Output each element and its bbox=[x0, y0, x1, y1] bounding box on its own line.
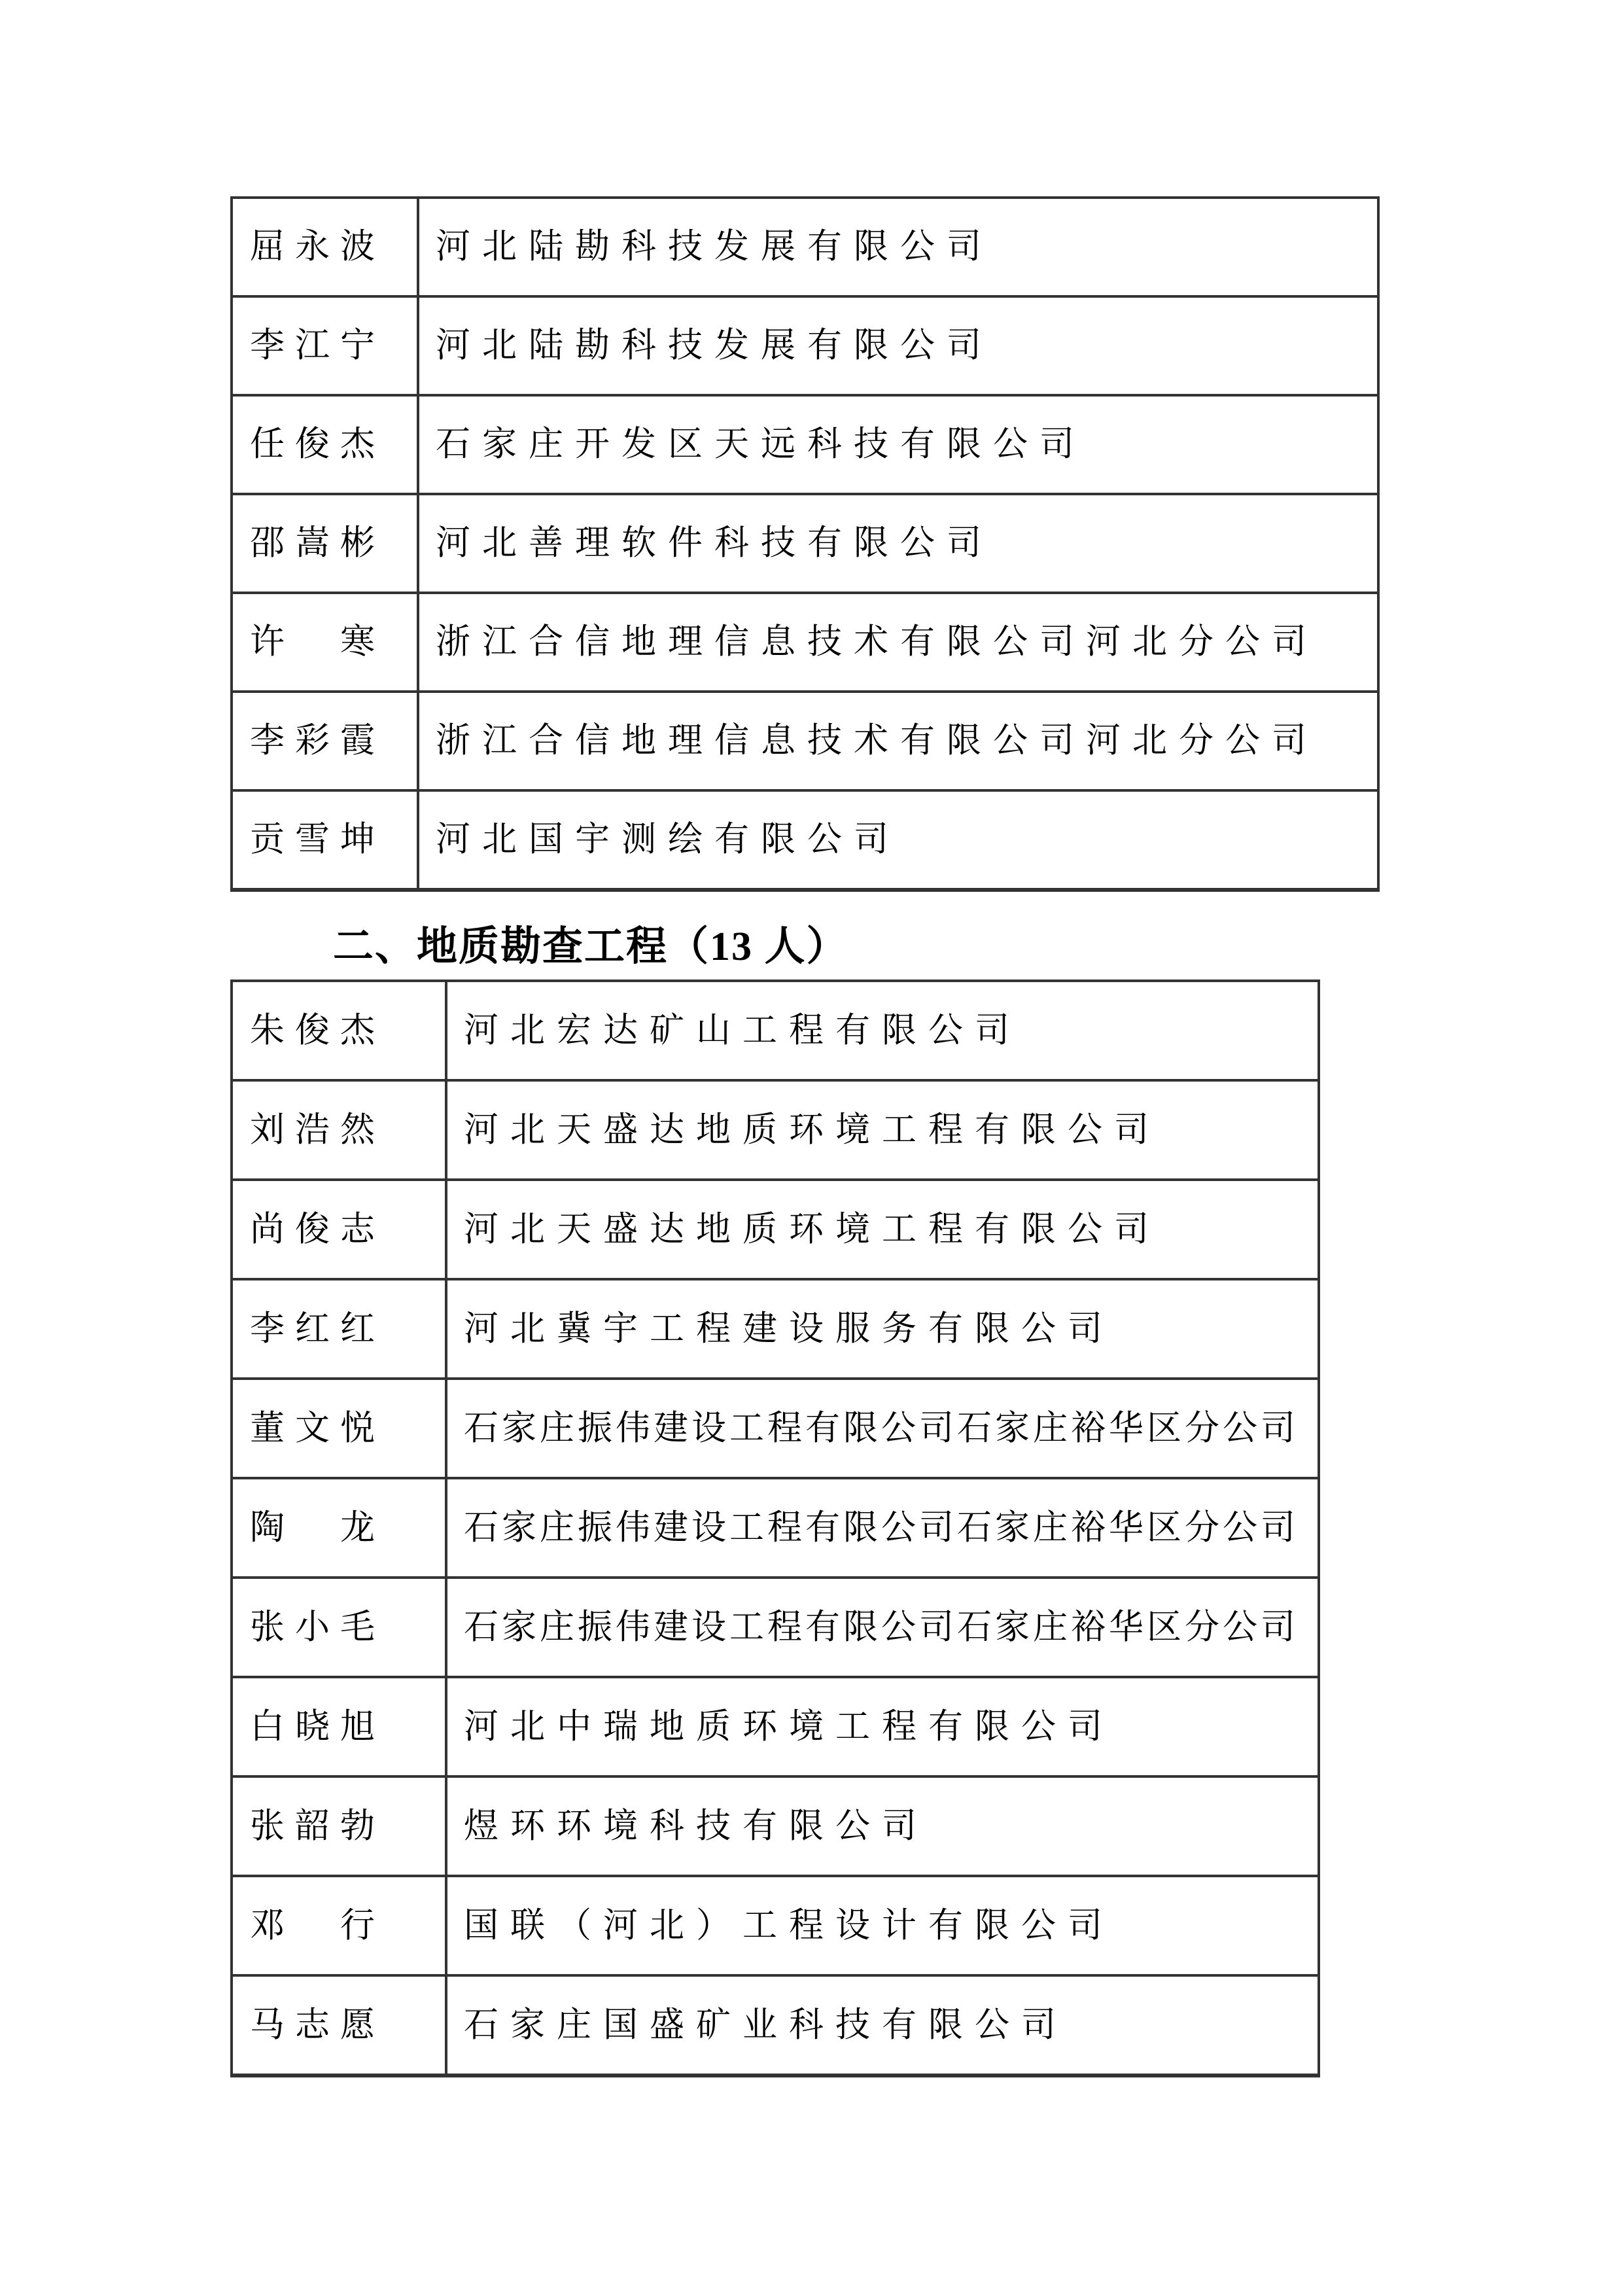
company-name-cell: 河北天盛达地质环境工程有限公司 bbox=[446, 1080, 1319, 1180]
company-name-cell: 河北陆勘科技发展有限公司 bbox=[418, 296, 1378, 395]
person-name-cell: 张小毛 bbox=[232, 1578, 446, 1677]
person-name-cell: 张韶勃 bbox=[232, 1776, 446, 1876]
person-name-cell: 贡雪坤 bbox=[232, 790, 418, 890]
person-name-cell: 李红红 bbox=[232, 1279, 446, 1379]
company-name-cell: 浙江合信地理信息技术有限公司河北分公司 bbox=[418, 593, 1378, 692]
person-name-cell: 屈永波 bbox=[232, 198, 418, 296]
company-name-cell: 河北善理软件科技有限公司 bbox=[418, 494, 1378, 593]
person-name-cell: 邵嵩彬 bbox=[232, 494, 418, 593]
company-name-cell: 石家庄振伟建设工程有限公司石家庄裕华区分公司 bbox=[446, 1379, 1319, 1478]
company-name-cell: 浙江合信地理信息技术有限公司河北分公司 bbox=[418, 692, 1378, 790]
person-name-cell: 任俊杰 bbox=[232, 395, 418, 494]
company-name-cell: 河北冀宇工程建设服务有限公司 bbox=[446, 1279, 1319, 1379]
table-row: 张韶勃煜环环境科技有限公司 bbox=[232, 1776, 1319, 1876]
table-row: 邓 行国联（河北）工程设计有限公司 bbox=[232, 1876, 1319, 1975]
person-name-cell: 刘浩然 bbox=[232, 1080, 446, 1180]
person-name-cell: 李彩霞 bbox=[232, 692, 418, 790]
person-name-cell: 马志愿 bbox=[232, 1975, 446, 2075]
table-row: 李彩霞浙江合信地理信息技术有限公司河北分公司 bbox=[232, 692, 1378, 790]
table-row: 张小毛石家庄振伟建设工程有限公司石家庄裕华区分公司 bbox=[232, 1578, 1319, 1677]
company-name-cell: 河北天盛达地质环境工程有限公司 bbox=[446, 1180, 1319, 1279]
table-row: 贡雪坤河北国宇测绘有限公司 bbox=[232, 790, 1378, 890]
company-name-cell: 石家庄开发区天远科技有限公司 bbox=[418, 395, 1378, 494]
company-name-cell: 石家庄国盛矿业科技有限公司 bbox=[446, 1975, 1319, 2075]
person-name-cell: 陶 龙 bbox=[232, 1478, 446, 1578]
company-name-cell: 煜环环境科技有限公司 bbox=[446, 1776, 1319, 1876]
table-row: 尚俊志河北天盛达地质环境工程有限公司 bbox=[232, 1180, 1319, 1279]
person-name-cell: 许 寒 bbox=[232, 593, 418, 692]
company-name-cell: 河北中瑞地质环境工程有限公司 bbox=[446, 1677, 1319, 1776]
table-row: 董文悦石家庄振伟建设工程有限公司石家庄裕华区分公司 bbox=[232, 1379, 1319, 1478]
table-row: 马志愿石家庄国盛矿业科技有限公司 bbox=[232, 1975, 1319, 2075]
section-heading-geological-survey: 二、地质勘查工程（13 人） bbox=[333, 913, 848, 961]
document-page: 屈永波河北陆勘科技发展有限公司李江宁河北陆勘科技发展有限公司任俊杰石家庄开发区天… bbox=[0, 0, 1623, 2296]
person-name-cell: 白晓旭 bbox=[232, 1677, 446, 1776]
company-name-cell: 河北国宇测绘有限公司 bbox=[418, 790, 1378, 890]
person-name-cell: 尚俊志 bbox=[232, 1180, 446, 1279]
table-row: 邵嵩彬河北善理软件科技有限公司 bbox=[232, 494, 1378, 593]
company-name-cell: 河北陆勘科技发展有限公司 bbox=[418, 198, 1378, 296]
person-name-cell: 邓 行 bbox=[232, 1876, 446, 1975]
person-name-cell: 李江宁 bbox=[232, 296, 418, 395]
person-name-cell: 朱俊杰 bbox=[232, 981, 446, 1080]
table-row: 李江宁河北陆勘科技发展有限公司 bbox=[232, 296, 1378, 395]
roster-table-surveying: 屈永波河北陆勘科技发展有限公司李江宁河北陆勘科技发展有限公司任俊杰石家庄开发区天… bbox=[230, 196, 1380, 892]
company-name-cell: 石家庄振伟建设工程有限公司石家庄裕华区分公司 bbox=[446, 1578, 1319, 1677]
company-name-cell: 河北宏达矿山工程有限公司 bbox=[446, 981, 1319, 1080]
table-row: 白晓旭河北中瑞地质环境工程有限公司 bbox=[232, 1677, 1319, 1776]
roster-table-geological-survey: 朱俊杰河北宏达矿山工程有限公司刘浩然河北天盛达地质环境工程有限公司尚俊志河北天盛… bbox=[230, 980, 1320, 2077]
person-name-cell: 董文悦 bbox=[232, 1379, 446, 1478]
table-row: 任俊杰石家庄开发区天远科技有限公司 bbox=[232, 395, 1378, 494]
table-row: 许 寒浙江合信地理信息技术有限公司河北分公司 bbox=[232, 593, 1378, 692]
table-row: 刘浩然河北天盛达地质环境工程有限公司 bbox=[232, 1080, 1319, 1180]
company-name-cell: 国联（河北）工程设计有限公司 bbox=[446, 1876, 1319, 1975]
table-row: 陶 龙石家庄振伟建设工程有限公司石家庄裕华区分公司 bbox=[232, 1478, 1319, 1578]
table-row: 朱俊杰河北宏达矿山工程有限公司 bbox=[232, 981, 1319, 1080]
table-row: 屈永波河北陆勘科技发展有限公司 bbox=[232, 198, 1378, 296]
table-row: 李红红河北冀宇工程建设服务有限公司 bbox=[232, 1279, 1319, 1379]
company-name-cell: 石家庄振伟建设工程有限公司石家庄裕华区分公司 bbox=[446, 1478, 1319, 1578]
